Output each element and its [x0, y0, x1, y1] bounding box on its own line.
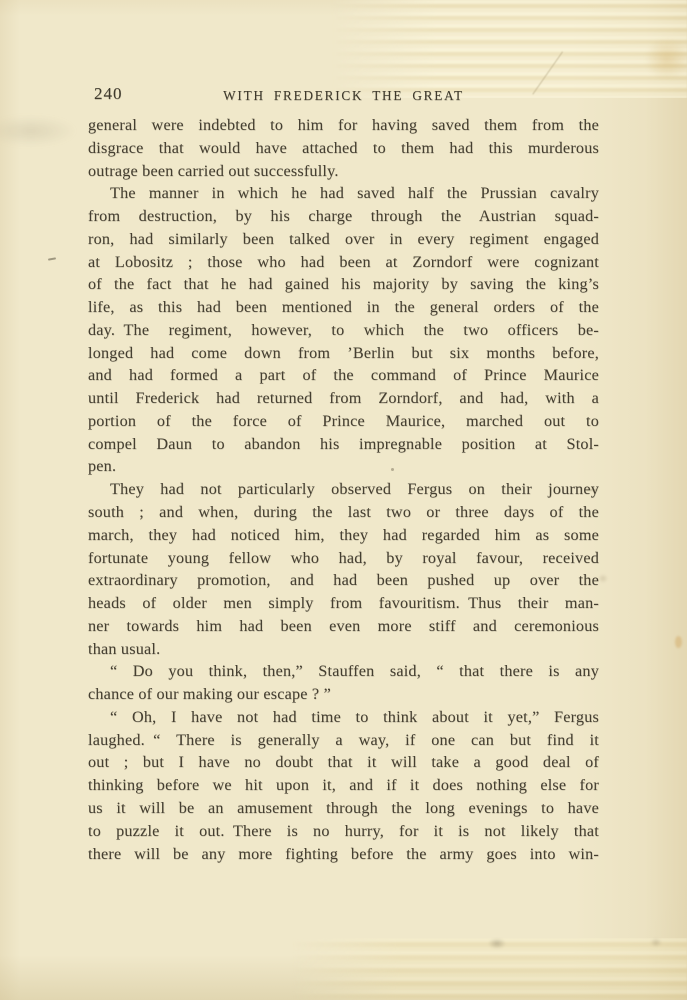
text-line: out ; but I have no doubt that it will t…: [88, 751, 599, 774]
paper-smudge: [488, 938, 506, 949]
text-line: us it will be an amusement through the l…: [88, 797, 599, 820]
running-title: WITH FREDERICK THE GREAT: [88, 88, 599, 104]
paper-smudge: [0, 116, 76, 146]
text-line: heads of older men simply from favouriti…: [88, 592, 599, 615]
paragraph: general were indebted to him for having …: [88, 114, 599, 182]
text-line: general were indebted to him for having …: [88, 114, 599, 137]
text-line: from destruction, by his charge through …: [88, 205, 599, 228]
text-line: life, as this had been mentioned in the …: [88, 296, 599, 319]
paragraph: “ Do you think, then,” Stauffen said, “ …: [88, 660, 599, 706]
text-line: chance of our making our escape ? ”: [88, 683, 599, 706]
text-line: outrage been carried out successfully.: [88, 160, 599, 183]
text-line: “ Do you think, then,” Stauffen said, “ …: [88, 660, 599, 683]
text-line: portion of the force of Prince Maurice, …: [88, 410, 599, 433]
paper-spot: [675, 636, 682, 648]
text-line: to puzzle it out. There is no hurry, for…: [88, 820, 599, 843]
page-header: 240 WITH FREDERICK THE GREAT: [88, 84, 599, 106]
text-line: compel Daun to abandon his impregnable p…: [88, 433, 599, 456]
scan-streaks-bottom: [290, 938, 687, 1000]
text-line: ner towards him had been even more stiff…: [88, 615, 599, 638]
text-line: day. The regiment, however, to which the…: [88, 319, 599, 342]
paper-spot: [598, 574, 608, 583]
text-line: laughed. “ There is generally a way, if …: [88, 729, 599, 752]
text-line: thinking before we hit upon it, and if i…: [88, 774, 599, 797]
text-line: ron, had similarly been talked over in e…: [88, 228, 599, 251]
paper-speck: [48, 257, 56, 260]
text-line: They had not particularly observed Fergu…: [88, 478, 599, 501]
text-line: of the fact that he had gained his major…: [88, 273, 599, 296]
text-line: longed had come down from ’Berlin but si…: [88, 342, 599, 365]
text-line: until Frederick had returned from Zorndo…: [88, 387, 599, 410]
text-line: extraordinary promotion, and had been pu…: [88, 569, 599, 592]
text-line: at Lobositz ; those who had been at Zorn…: [88, 251, 599, 274]
text-line: The manner in which he had saved half th…: [88, 182, 599, 205]
body-text: general were indebted to him for having …: [88, 114, 599, 865]
text-line: “ Oh, I have not had time to think about…: [88, 706, 599, 729]
text-line: march, they had noticed him, they had re…: [88, 524, 599, 547]
paper-spot: [650, 938, 662, 947]
text-line: pen.: [88, 455, 599, 478]
text-line: fortunate young fellow who had, by royal…: [88, 547, 599, 570]
text-line: disgrace that would have attached to the…: [88, 137, 599, 160]
scanned-book-page: 240 WITH FREDERICK THE GREAT general wer…: [0, 0, 687, 1000]
text-line: south ; and when, during the last two or…: [88, 501, 599, 524]
paragraph: They had not particularly observed Fergu…: [88, 478, 599, 660]
text-line: and had formed a part of the command of …: [88, 364, 599, 387]
paragraph: The manner in which he had saved half th…: [88, 182, 599, 478]
paper-stain: [645, 38, 687, 80]
paragraph: “ Oh, I have not had time to think about…: [88, 706, 599, 865]
text-line: there will be any more fighting before t…: [88, 843, 599, 866]
text-line: than usual.: [88, 638, 599, 661]
